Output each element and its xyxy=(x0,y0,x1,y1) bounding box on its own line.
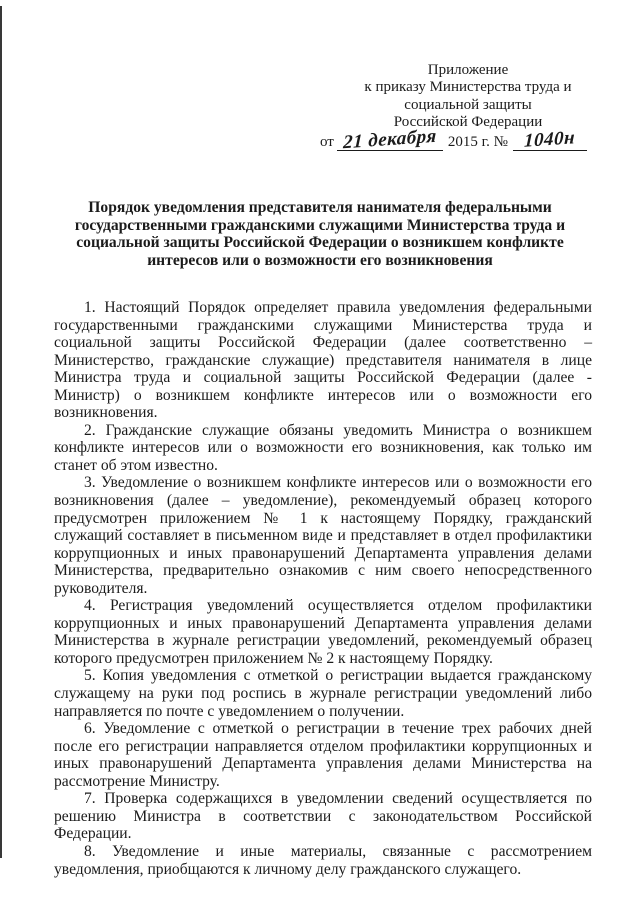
body-paragraph: 7. Проверка содержащихся в уведомлении с… xyxy=(54,790,592,843)
document-title: Порядок уведомления представителя нанима… xyxy=(47,199,593,269)
header-line-ministry: социальной защиты xyxy=(320,97,616,114)
order-date-line: от21 декабря2015 г. №1040н xyxy=(320,134,616,151)
body-paragraph: 5. Копия уведомления с отметкой о регист… xyxy=(54,667,592,720)
handwritten-number-blank: 1040н xyxy=(513,134,587,151)
handwritten-date: 21 декабря xyxy=(343,129,437,150)
date-year-label: 2015 г. № xyxy=(448,134,508,150)
body-paragraph: 8. Уведомление и иные материалы, связанн… xyxy=(54,843,592,878)
body-paragraph: 4. Регистрация уведомлений осуществляетс… xyxy=(54,597,592,667)
document-header: Приложение к приказу Министерства труда … xyxy=(320,62,616,151)
header-line-appendix: Приложение xyxy=(320,62,616,79)
date-prefix-label: от xyxy=(320,134,334,150)
body-paragraph: 1. Настоящий Порядок определяет правила … xyxy=(54,299,592,422)
scan-artifact-line xyxy=(0,6,2,858)
handwritten-date-blank: 21 декабря xyxy=(337,134,443,151)
body-paragraph: 6. Уведомление с отметкой о регистрации … xyxy=(54,720,592,790)
document-page: Приложение к приказу Министерства труда … xyxy=(0,0,640,905)
body-paragraph: 2. Гражданские служащие обязаны уведомит… xyxy=(54,422,592,475)
body-paragraph: 3. Уведомление о возникшем конфликте инт… xyxy=(54,474,592,597)
header-line-order: к приказу Министерства труда и xyxy=(320,79,616,96)
document-body: 1. Настоящий Порядок определяет правила … xyxy=(54,299,592,878)
handwritten-order-number: 1040н xyxy=(524,131,575,149)
